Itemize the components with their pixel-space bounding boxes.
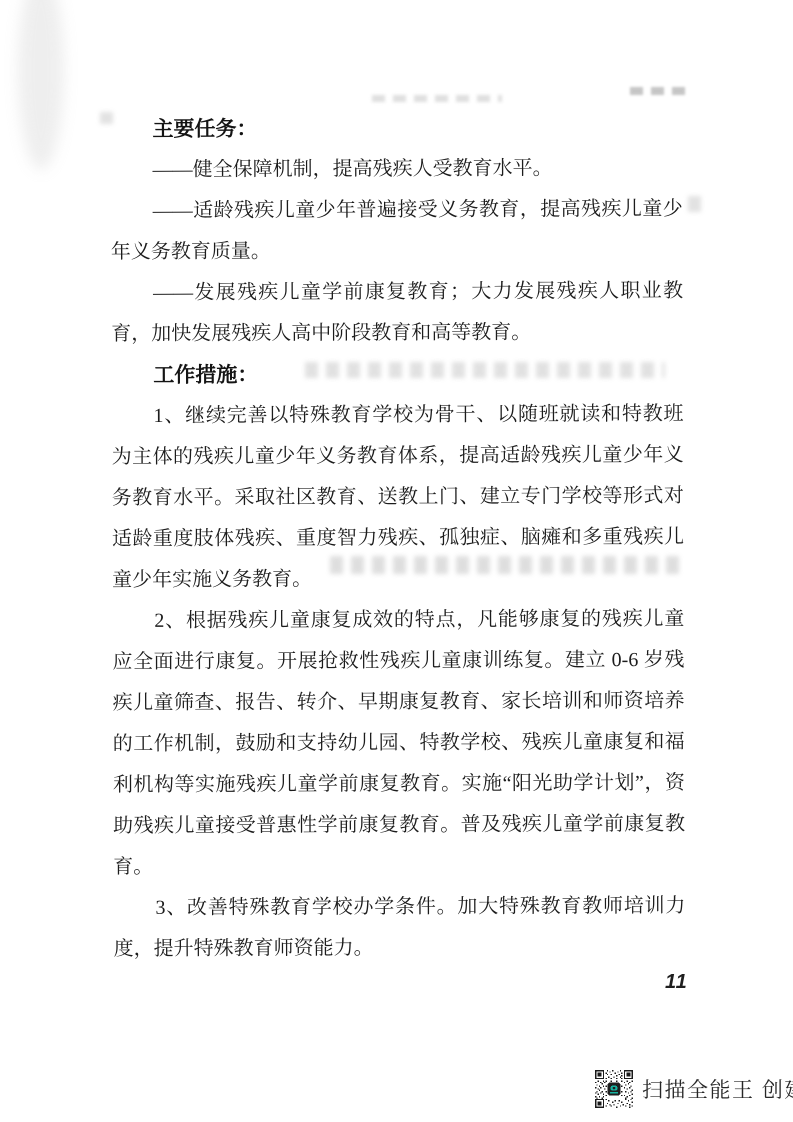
paragraph: 1、继续完善以特殊教育学校为骨干、以随班就读和特教班 为主体的残疾儿童少年义务教… [111,394,684,601]
section-heading-main-tasks: 主要任务： [110,107,682,150]
text-line: 2、根据残疾儿童康复成效的特点，凡能够康复的残疾儿童 [112,599,684,642]
scan-artifact [630,87,692,95]
scanner-creator-label: 扫描全能王 创建 [642,1074,793,1104]
heading-text: 工作措施： [111,353,683,396]
text-line: 为主体的残疾儿童少年义务教育体系，提高适龄残疾儿童少年义 [112,435,684,478]
qr-code-icon [595,1070,633,1108]
section-heading-work-measures: 工作措施： [111,353,683,396]
document-body: 主要任务： ——健全保障机制，提高残疾人受教育水平。 ——适龄残疾儿童少年普遍接… [110,107,685,970]
paragraph: 3、改善特殊教育学校办学条件。加大特殊教育教师培训力 度，提升特殊教育师资能力。 [113,886,685,970]
text-line: 助残疾儿童接受普惠性学前康复教育。普及残疾儿童学前康复教 [113,804,685,847]
paragraph: ——发展残疾儿童学前康复教育；大力发展残疾人职业教 育，加快发展残疾人高中阶段教… [111,271,683,355]
text-line: 应全面进行康复。开展抢救性残疾儿童康训练复。建立 0-6 岁残 [112,640,684,683]
text-line: 疾儿童筛查、报告、转介、早期康复教育、家长培训和师资培养 [113,681,685,724]
text-line: ——发展残疾儿童学前康复教育；大力发展残疾人职业教 [111,271,683,314]
scan-artifact [18,0,64,170]
text-line: 育。 [113,845,685,888]
scanner-footer: 扫描全能王 创建 [595,1070,793,1108]
text-line: 的工作机制，鼓励和支持幼儿园、特教学校、残疾儿童康复和福 [113,722,685,765]
paragraph: ——健全保障机制，提高残疾人受教育水平。 [111,148,683,191]
scan-artifact [688,196,702,212]
text-line: ——健全保障机制，提高残疾人受教育水平。 [111,148,683,191]
scanned-document-page: 主要任务： ——健全保障机制，提高残疾人受教育水平。 ——适龄残疾儿童少年普遍接… [0,0,793,1122]
text-line: 3、改善特殊教育学校办学条件。加大特殊教育教师培训力 [113,886,685,929]
text-line: 度，提升特殊教育师资能力。 [113,927,685,970]
paragraph: ——适龄残疾儿童少年普遍接受义务教育，提高残疾儿童少 年义务教育质量。 [111,189,683,273]
text-line: 1、继续完善以特殊教育学校为骨干、以随班就读和特教班 [111,394,683,437]
text-line: ——适龄残疾儿童少年普遍接受义务教育，提高残疾儿童少 [111,189,683,232]
text-line: 务教育水平。采取社区教育、送教上门、建立专门学校等形式对 [112,476,684,519]
text-line: 童少年实施义务教育。 [112,558,684,601]
text-line: 育，加快发展残疾人高中阶段教育和高等教育。 [111,312,683,355]
scan-artifact [372,95,502,102]
text-line: 适龄重度肢体残疾、重度智力残疾、孤独症、脑瘫和多重残疾儿 [112,517,684,560]
heading-text: 主要任务： [110,107,682,150]
text-line: 利机构等实施残疾儿童学前康复教育。实施“阳光助学计划”，资 [113,763,685,806]
paragraph: 2、根据残疾儿童康复成效的特点，凡能够康复的残疾儿童 应全面进行康复。开展抢救性… [112,599,685,888]
page-number: 11 [665,971,688,994]
text-line: 年义务教育质量。 [111,230,683,273]
